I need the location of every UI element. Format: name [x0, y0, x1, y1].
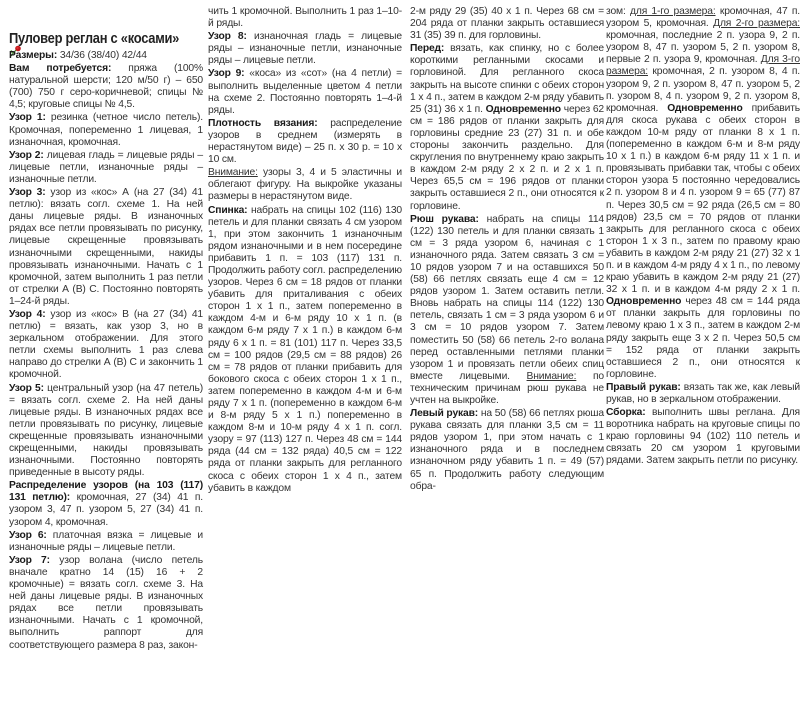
pattern-8: Узор 8: изнаночная гладь = лицевые ряды … — [208, 31, 402, 67]
sizes-label: Размеры: — [9, 50, 57, 61]
right-sleeve-paragraph: Правый рукав: вязать так же, как левый р… — [606, 382, 800, 406]
gauge-paragraph: Плотность вязания: распределение узоров … — [208, 118, 402, 166]
pattern-4: Узор 4: узор из «кос» В (на 27 (34) 41 п… — [9, 309, 203, 382]
back-paragraph: Спинка: набрать на спицы 102 (116) 130 п… — [208, 205, 402, 495]
column-4: зом: для 1-го размера: кромочная, 47 п. … — [606, 6, 800, 469]
assembly-paragraph: Сборка: выполнить швы реглана. Для ворот… — [606, 407, 800, 467]
pattern-distribution: Распределение узоров (на 103 (117) 131 п… — [9, 480, 203, 528]
column-1: Размеры: 34/36 (38/40) 42/44 Вам потребу… — [9, 50, 203, 653]
left-sleeve-continued: зом: для 1-го размера: кромочная, 47 п. … — [606, 6, 800, 381]
materials-paragraph: Вам потребуется: пряжа (100% натуральной… — [9, 63, 203, 111]
back-continued: 2-м ряду 29 (35) 40 х 1 п. Через 68 см =… — [410, 6, 604, 42]
pattern-6: Узор 6: платочная вязка = лицевые и изна… — [9, 530, 203, 554]
attention-paragraph: Внимание: узоры 3, 4 и 5 эластичны и обл… — [208, 167, 402, 203]
front-paragraph: Перед: вязать, как спинку, но с более ко… — [410, 43, 604, 212]
column-2: чить 1 кромочной. Выполнить 1 раз 1–10-й… — [208, 6, 402, 496]
column-3: 2-м ряду 29 (35) 40 х 1 п. Через 68 см =… — [410, 6, 604, 494]
pattern-5: Узор 5: центральный узор (на 47 петель) … — [9, 383, 203, 480]
sizes-paragraph: Размеры: 34/36 (38/40) 42/44 — [9, 50, 203, 62]
pattern-1: Узор 1: резинка (четное число петель). К… — [9, 112, 203, 148]
page-title: Пуловер реглан с «косами» — [9, 30, 179, 47]
ruffle-paragraph: Рюш рукава: набрать на спицы 114 (122) 1… — [410, 214, 604, 408]
pattern-2: Узор 2: лицевая гладь = лицевые ряды – л… — [9, 150, 203, 186]
left-sleeve-paragraph: Левый рукав: на 50 (58) 66 петлях рюша р… — [410, 408, 604, 493]
pattern-7-continued: чить 1 кромочной. Выполнить 1 раз 1–10-й… — [208, 6, 402, 30]
pattern-9: Узор 9: «коса» из «сот» (на 4 петли) = в… — [208, 68, 402, 116]
pattern-3: Узор 3: узор из «кос» А (на 27 (34) 41 п… — [9, 187, 203, 308]
pattern-7: Узор 7: узор волана (число петель вначал… — [9, 555, 203, 652]
